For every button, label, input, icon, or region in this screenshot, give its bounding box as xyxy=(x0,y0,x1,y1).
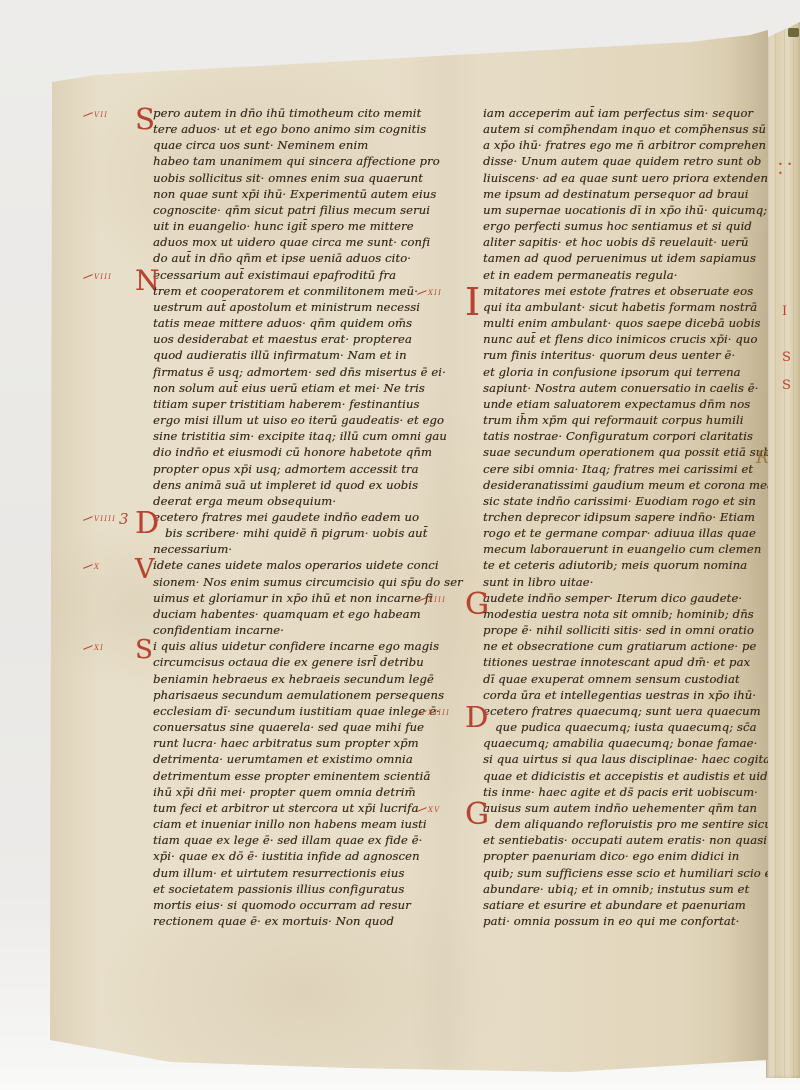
text-line: um supernae uocationis dī in xp̄o ihū· q… xyxy=(483,203,767,218)
text-line: ergo perfecti sumus hoc sentiamus et si … xyxy=(483,219,752,234)
text-line: tiam quae ex lege ē· sed illam quae ex f… xyxy=(153,833,422,848)
drop-cap-initial: D xyxy=(135,506,159,541)
text-line: sine tristitia sim· excipite itaq; illū … xyxy=(153,429,447,444)
text-line: audete indn̄o semper· Iterum dico gaudet… xyxy=(483,591,742,606)
drop-cap-initial: D xyxy=(465,700,488,734)
text-line: non solum aut̄ eius uerū etiam et mei· N… xyxy=(153,381,425,396)
text-line: detrimenta· uerumtamen et existimo omnia xyxy=(153,752,413,767)
text-line: sic state indn̄o carissimi· Euodiam rogo… xyxy=(483,494,756,509)
text-line: trchen deprecor idipsum sapere indn̄o· E… xyxy=(483,510,755,525)
text-line: ergo misi illum ut uiso eo iterū gaudeat… xyxy=(153,413,444,428)
text-line: do aut̄ in dn̄o qn̄m et ipse ueniā aduos… xyxy=(153,251,411,266)
text-line: suae secundum operationem qua possit eti… xyxy=(483,445,775,460)
text-line: propter paenuriam dico· ego enim didici … xyxy=(483,849,739,864)
text-line: quod audieratis illū infirmatum· Nam et … xyxy=(153,348,407,363)
margin-chapter-numeral: xiiii xyxy=(428,706,450,718)
text-line: bis scribere· mihi quidē n̄ pigrum· uobi… xyxy=(165,526,427,541)
text-line: rum finis interitus· quorum deus uenter … xyxy=(483,348,735,363)
text-line: te et ceteris adiutorib; meis quorum nom… xyxy=(483,558,747,573)
text-line: duciam habentes· quamquam et ego habeam xyxy=(153,607,421,622)
text-line: tatis meae mittere aduos· qn̄m quidem om… xyxy=(153,316,412,331)
text-line: et in eadem permaneatis regula· xyxy=(483,268,677,283)
text-line: deerat erga meum obsequium· xyxy=(153,494,336,509)
text-line: propter opus xp̄i usq; admortem accessit… xyxy=(153,462,419,477)
text-line: uit in euangelio· hunc igit̄ spero me mi… xyxy=(153,219,414,234)
text-line: dio indn̄o et eiusmodi cū honore habetot… xyxy=(153,445,432,460)
margin-note-r: R xyxy=(756,448,769,468)
text-line: tere aduos· ut et ego bono animo sim cog… xyxy=(153,122,426,137)
text-line: detrimentum esse propter eminentem scien… xyxy=(153,769,430,784)
text-line: abundare· ubiq; et in omnib; instutus su… xyxy=(483,882,749,897)
text-line: dens animā suā ut impleret id quod ex uo… xyxy=(153,478,418,493)
text-line: desideranatissimi gaudium meum et corona… xyxy=(483,478,774,493)
text-line: xp̄i· quae ex dō ē· iustitia infide ad a… xyxy=(153,849,420,864)
text-line: trem et cooperatorem et conmilitonem meū… xyxy=(153,284,418,299)
drop-cap-initial: G xyxy=(465,797,489,832)
fore-edge-dots: • • • xyxy=(778,160,800,178)
text-line: pharisaeus secundum aemulationem persequ… xyxy=(153,688,444,703)
text-line: ecetero fratres quaecumq; sunt uera quae… xyxy=(483,704,761,719)
text-line: pero autem in dn̄o ihū timotheum cito me… xyxy=(153,106,421,121)
text-line: quib; sum sufficiens esse scio et humili… xyxy=(483,866,776,881)
text-line: et gloria in confusione ipsorum qui terr… xyxy=(483,365,741,380)
text-line: prope ē· nihil solliciti sitis· sed in o… xyxy=(483,623,754,638)
text-line: trum ih̄m xp̄m qui reformauit corpus hum… xyxy=(483,413,743,428)
text-line: runt lucra· haec arbitratus sum propter … xyxy=(153,736,419,751)
text-line: rogo et te germane compar· adiuua illas … xyxy=(483,526,756,541)
text-line: mortis eius· si quomodo occurram ad resu… xyxy=(153,898,411,913)
text-line: modestia uestra nota sit omnib; hominib;… xyxy=(483,607,754,622)
text-line: dem aliquando refloruistis pro me sentir… xyxy=(495,817,777,832)
text-line: i quis alius uidetur confidere incarne e… xyxy=(153,639,439,654)
text-line: et societatem passionis illius configura… xyxy=(153,882,404,897)
fore-edge-letter: I xyxy=(782,304,800,319)
chapter-number-mark: 3 xyxy=(119,510,129,528)
text-line: confidentiam incarne· xyxy=(153,623,284,638)
margin-chapter-numeral: x xyxy=(94,560,100,572)
text-line: cognoscite· qn̄m sicut patri filius mecu… xyxy=(153,203,430,218)
text-line: que pudica quaecumq; iusta quaecumq; sc̄… xyxy=(495,720,757,735)
text-line: nunc aut̄ et flens dico inimicos crucis … xyxy=(483,332,757,347)
text-line: et sentiebatis· occupati autem eratis· n… xyxy=(483,833,767,848)
fore-edge-letter: S xyxy=(782,378,800,393)
text-line: sapiunt· Nostra autem conuersatio in cae… xyxy=(483,381,758,396)
margin-chapter-numeral: xi xyxy=(94,641,104,653)
text-line: corda ūra et intellegentias uestras in x… xyxy=(483,688,756,703)
text-line: si qua uirtus si qua laus disciplinae· h… xyxy=(483,752,782,767)
text-line: mecum laborauerunt in euangelio cum clem… xyxy=(483,542,761,557)
text-line: ihū xp̄i dn̄i mei· propter quem omnia de… xyxy=(153,785,416,800)
text-line: ne et obsecratione cum gratiarum actione… xyxy=(483,639,756,654)
manuscript-page: pero autem in dn̄o ihū timotheum cito me… xyxy=(50,30,768,1076)
text-line: beniamin hebraeus ex hebraeis secundum l… xyxy=(153,672,434,687)
margin-chapter-numeral: vii xyxy=(94,108,108,120)
text-line: tum feci et arbitror ut stercora ut xp̄i… xyxy=(153,801,418,816)
text-line: idete canes uidete malos operarios uidet… xyxy=(153,558,439,573)
text-line: aliter sapitis· et hoc uobis ds̄ reuelau… xyxy=(483,235,748,250)
text-line: iam acceperim aut̄ iam perfectus sim· se… xyxy=(483,106,753,121)
text-line: mitatores mei estote fratres et obseruat… xyxy=(483,284,753,299)
text-line: unde etiam saluatorem expectamus dn̄m no… xyxy=(483,397,750,412)
text-line: quae et didicistis et accepistis et audi… xyxy=(483,769,777,784)
fore-edge-page-stack: • • • I S S xyxy=(766,22,800,1078)
text-line: uos desiderabat et maestus erat· propter… xyxy=(153,332,412,347)
text-line: tatis nostrae· Configuratum corpori clar… xyxy=(483,429,753,444)
drop-cap-initial: S xyxy=(135,102,155,136)
text-line: habeo tam unanimem qui sincera affection… xyxy=(153,154,440,169)
text-line: cere sibi omnia· Itaq; fratres mei caris… xyxy=(483,462,753,477)
text-line: sionem· Nos enim sumus circumcisio qui s… xyxy=(153,575,463,590)
text-line: qui ita ambulant· sicut habetis formam n… xyxy=(483,300,757,315)
text-line: uestrum aut̄ apostolum et ministrum nece… xyxy=(153,300,420,315)
text-line: uimus et gloriamur in xp̄o ihū et non in… xyxy=(153,591,433,606)
text-line: disse· Unum autem quae quidem retro sunt… xyxy=(483,154,761,169)
text-line: conuersatus sine quaerela· sed quae mihi… xyxy=(153,720,424,735)
text-line: dī quae exuperat omnem sensum custodiat xyxy=(483,672,740,687)
fore-edge-letter: S xyxy=(782,350,800,365)
text-line: a xp̄o ihū· fratres ego me n̄ arbitror c… xyxy=(483,138,766,153)
text-line: sunt in libro uitae· xyxy=(483,575,593,590)
text-line: titiam super tristitiam haberem· festina… xyxy=(153,397,419,412)
text-line: ecessarium aut̄ existimaui epafroditū fr… xyxy=(153,268,396,283)
text-line: ecclesiam dī· secundum iustitiam quae in… xyxy=(153,704,440,719)
binding-mark xyxy=(788,28,799,37)
margin-chapter-numeral: viiii xyxy=(94,512,116,524)
text-line: quae circa uos sunt· Neminem enim xyxy=(153,138,368,153)
text-line: autem si comp̄hendam inquo et comp̄hensu… xyxy=(483,122,766,137)
text-line: liuiscens· ad ea quae sunt uero priora e… xyxy=(483,171,774,186)
text-line: dum illum· et uirtutem resurrectionis ei… xyxy=(153,866,404,881)
drop-cap-initial: S xyxy=(135,635,153,665)
text-line: me ipsum ad destinatum persequor ad brau… xyxy=(483,187,748,202)
margin-chapter-numeral: xii xyxy=(428,286,442,298)
margin-chapter-numeral: xv xyxy=(428,803,440,815)
text-line: uobis sollicitus sit· omnes enim sua qua… xyxy=(153,171,423,186)
text-line: ciam et inueniar inillo non habens meam … xyxy=(153,817,427,832)
text-line: multi enim ambulant· quos saepe dicebā u… xyxy=(483,316,760,331)
text-line: aduos mox ut uidero quae circa me sunt· … xyxy=(153,235,430,250)
margin-chapter-numeral: xiii xyxy=(428,593,446,605)
text-line: auisus sum autem indn̄o uehementer qn̄m … xyxy=(483,801,757,816)
text-line: tamen ad quod peruenimus ut idem sapiamu… xyxy=(483,251,756,266)
text-line: non quae sunt xp̄i ihū· Experimentū aute… xyxy=(153,187,436,202)
text-line: firmatus ē usq; admortem· sed dn̄s miser… xyxy=(153,365,446,380)
drop-cap-initial: I xyxy=(465,280,480,324)
text-line: circumcisus octaua die ex genere isrl̄ d… xyxy=(153,655,424,670)
text-line: satiare et esurire et abundare et paenur… xyxy=(483,898,746,913)
text-line: quaecumq; amabilia quaecumq; bonae famae… xyxy=(483,736,757,751)
text-line: pati· omnia possum in eo qui me conforta… xyxy=(483,914,739,929)
text-line: titiones uestrae innotescant apud dm̄· e… xyxy=(483,655,750,670)
drop-cap-initial: V xyxy=(135,554,155,585)
text-line: necessarium· xyxy=(153,542,232,557)
text-line: rectionem quae ē· ex mortuis· Non quod xyxy=(153,914,394,929)
text-line: ecetero fratres mei gaudete indn̄o eadem… xyxy=(153,510,419,525)
margin-chapter-numeral: viii xyxy=(94,270,112,282)
text-line: tis inme· haec agite et ds̄ pacis erit u… xyxy=(483,785,758,800)
